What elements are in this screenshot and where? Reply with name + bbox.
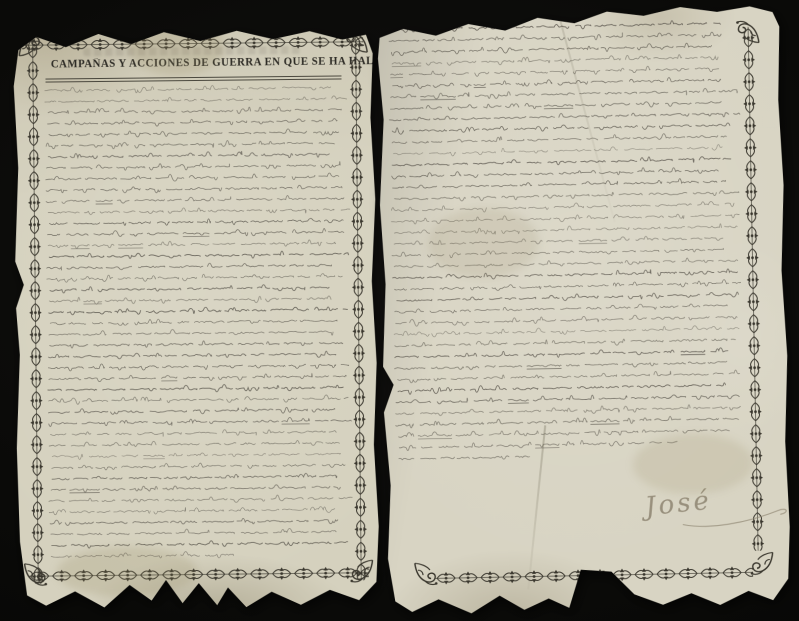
- handwritten-text-block: [384, 15, 755, 474]
- corner-fleur-icon: [749, 550, 775, 576]
- corner-fleur-icon: [343, 28, 369, 54]
- corner-fleur-icon: [413, 561, 439, 587]
- left-document-page: CAMPAÑAS Y ACCIONES DE GUERRA EN QUE SE …: [11, 24, 381, 612]
- corner-fleur-icon: [17, 32, 43, 58]
- right-page-paper: José: [374, 2, 794, 620]
- document-title: CAMPAÑAS Y ACCIONES DE GUERRA EN QUE SE …: [41, 55, 345, 74]
- corner-fleur-icon: [23, 562, 49, 588]
- right-document-page: José: [374, 2, 794, 620]
- photo-backdrop: CAMPAÑAS Y ACCIONES DE GUERRA EN QUE SE …: [0, 0, 799, 621]
- border-bottom-ornament: [435, 565, 753, 586]
- left-page-paper: CAMPAÑAS Y ACCIONES DE GUERRA EN QUE SE …: [11, 24, 381, 612]
- handwritten-text-block: [42, 80, 359, 573]
- ink-bleedthrough: [83, 46, 301, 56]
